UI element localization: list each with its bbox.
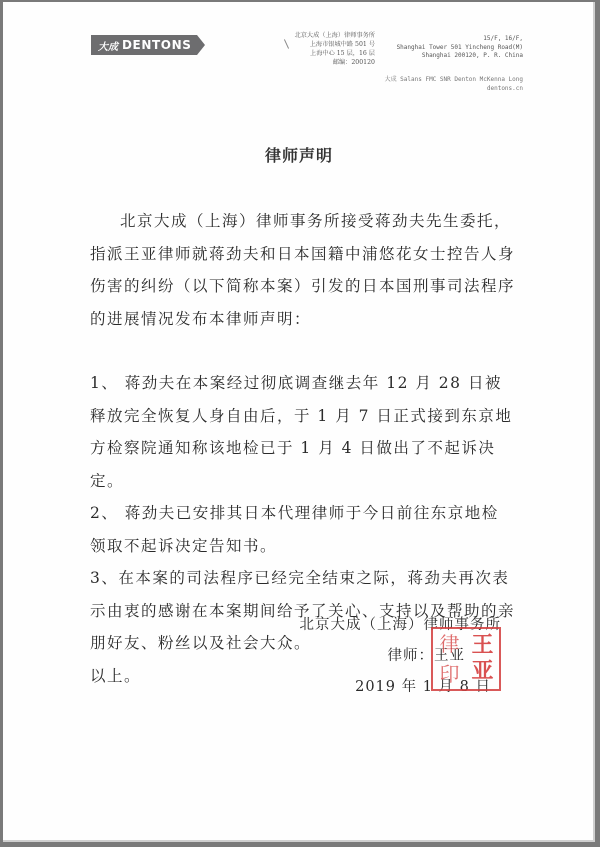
address-cn-line: 邮编：200120 — [293, 58, 375, 67]
address-cn-line: 上海市银城中路 501 号 — [293, 40, 375, 49]
signature-block: 北京大成（上海）律师事务所 律师：王亚 2019 年 1 月 8 日 — [251, 610, 501, 703]
brand-line: 大成 Salans FMC SNR Denton McKenna Long — [343, 76, 523, 85]
address-en-line: Shanghai 200120, P. R. China — [383, 52, 523, 61]
item-1: 1、 蒋劲夫在本案经过彻底调查继去年 12 月 28 日被释放完全恢复人身自由后… — [90, 367, 515, 497]
document-title: 律师声明 — [3, 143, 595, 166]
dentons-logo: 大成 DENTONS — [91, 35, 205, 55]
address-en-line: Shanghai Tower 501 Yincheng Road(M) — [383, 44, 523, 53]
signature-lawyer: 律师：王亚 — [251, 641, 501, 672]
item-2: 2、 蒋劲夫已安排其日本代理律师于今日前往东京地检领取不起诉决定告知书。 — [90, 497, 515, 562]
address-en-line: 15/F, 16/F, — [383, 35, 523, 44]
address-chinese: 北京大成（上海）律师事务所 上海市银城中路 501 号 上海中心 15 层，16… — [293, 31, 375, 67]
signature-date: 2019 年 1 月 8 日 — [251, 672, 501, 703]
website: dentons.cn — [343, 85, 523, 94]
address-english: 15/F, 16/F, Shanghai Tower 501 Yincheng … — [383, 35, 523, 61]
document-page: 大成 DENTONS 北京大成（上海）律师事务所 上海市银城中路 501 号 上… — [3, 2, 595, 842]
tick-mark — [284, 39, 289, 48]
address-cn-line: 北京大成（上海）律师事务所 — [293, 31, 375, 40]
logo-badge: 大成 DENTONS — [91, 35, 197, 55]
logo-en-text: DENTONS — [122, 38, 191, 52]
signature-firm: 北京大成（上海）律师事务所 — [251, 610, 501, 641]
intro-paragraph: 北京大成（上海）律师事务所接受蒋劲夫先生委托，指派王亚律师就蒋劲夫和日本国籍中浦… — [90, 205, 515, 335]
logo-arrow-icon — [197, 35, 205, 55]
brand-footer: 大成 Salans FMC SNR Denton McKenna Long de… — [343, 76, 523, 93]
address-cn-line: 上海中心 15 层，16 层 — [293, 49, 375, 58]
logo-cn-text: 大成 — [98, 38, 118, 53]
